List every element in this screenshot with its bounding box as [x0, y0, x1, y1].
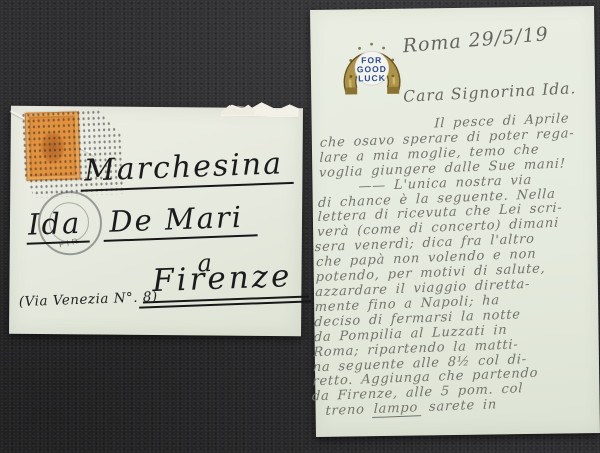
envelope: FIR Marchesina IdaDe Mari a Firenze (Via… [9, 106, 303, 337]
letter-dateline: Roma 29/5/19 [402, 19, 593, 57]
destination-city: Firenze [142, 257, 310, 303]
recipient-name: IdaDe Mari [25, 199, 257, 241]
horseshoe-caulkin-right [387, 87, 399, 94]
envelope-address: Marchesina IdaDe Mari a Firenze (Via Ven… [6, 102, 306, 341]
recipient-first-name: Ida [25, 205, 90, 244]
street-address-note: (Via Venezia N°. 8) [19, 289, 158, 310]
recipient-last-name: De Mari [103, 199, 258, 242]
horseshoe-caulkin-left [345, 87, 357, 94]
address-title: Marchesina [79, 146, 293, 192]
last-line-pre: treno [325, 402, 373, 419]
letter-page: FOR GOOD LUCK Roma 29/5/19 Cara Signorin… [310, 6, 600, 437]
album-page-background: FIR Marchesina IdaDe Mari a Firenze (Via… [0, 0, 600, 453]
horseshoe-emblem: FOR GOOD LUCK [340, 37, 403, 104]
last-line-post: sarete in [421, 397, 497, 415]
letter-body: Il pesce di Aprile che osavo sperare di … [309, 111, 589, 420]
letter-salutation: Cara Signorina Ida. [403, 79, 577, 105]
emblem-text-luck: LUCK [358, 73, 386, 83]
underlined-word-lampo: lampo [372, 400, 421, 418]
